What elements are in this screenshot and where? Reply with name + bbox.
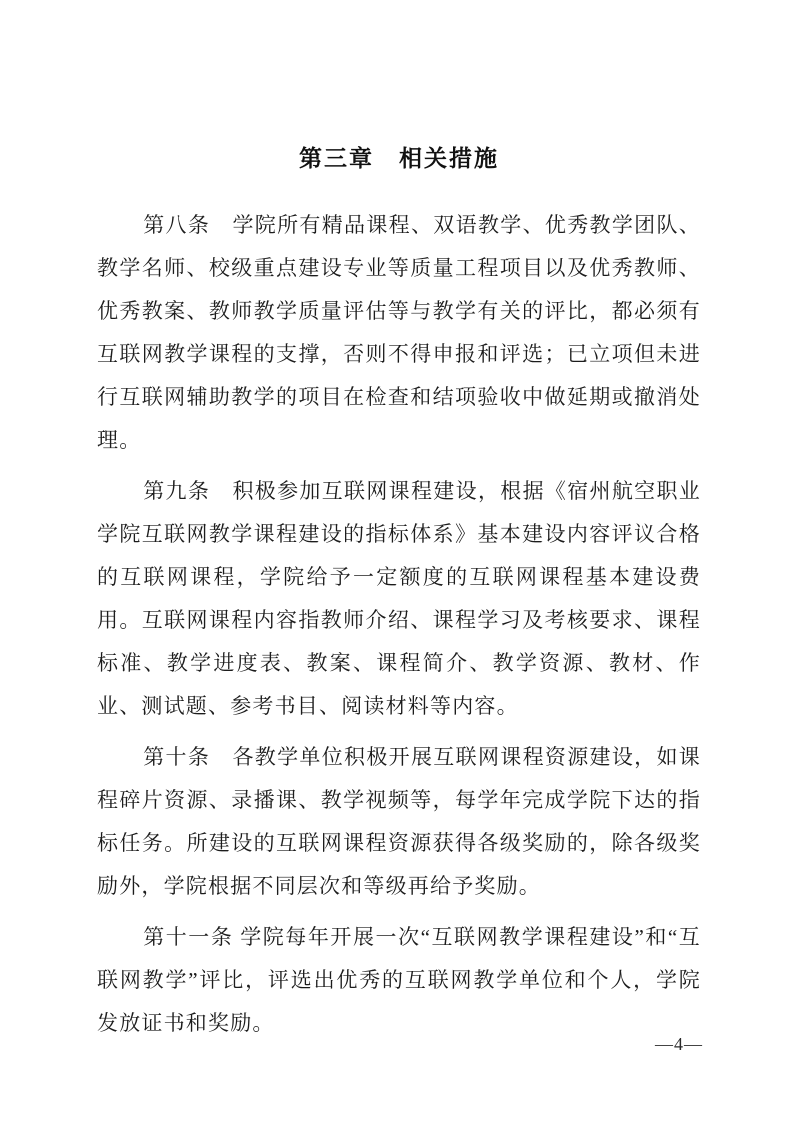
paragraph-article-11: 第十一条 学院每年开展一次“互联网教学课程建设”和“互联网教学”评比，评选出优秀… xyxy=(97,916,701,1045)
paragraph-article-10: 第十条 各教学单位积极开展互联网课程资源建设，如课程碎片资源、录播课、教学视频等… xyxy=(97,736,701,908)
page-number: —4— xyxy=(655,1034,703,1055)
paragraph-article-8: 第八条 学院所有精品课程、双语教学、优秀教学团队、教学名师、校级重点建设专业等质… xyxy=(97,204,701,462)
document-content: 第三章 相关措施 第八条 学院所有精品课程、双语教学、优秀教学团队、教学名师、校… xyxy=(97,142,701,1053)
chapter-title: 第三章 相关措施 xyxy=(97,142,701,176)
document-page: 第三章 相关措施 第八条 学院所有精品课程、双语教学、优秀教学团队、教学名师、校… xyxy=(0,0,793,1122)
paragraph-article-9: 第九条 积极参加互联网课程建设，根据《宿州航空职业学院互联网教学课程建设的指标体… xyxy=(97,470,701,728)
